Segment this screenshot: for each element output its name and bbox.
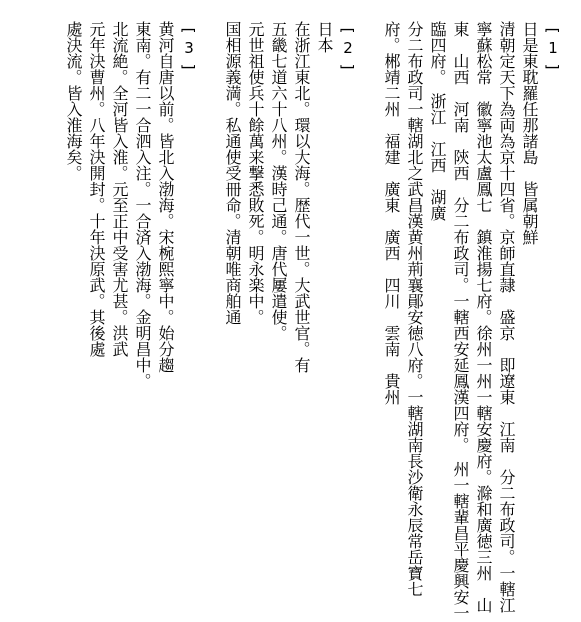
- section-3-number-heading: [3]: [177, 21, 201, 605]
- section-1-column-2: 清朝定天下為両為京十四省。京師直隷 盛京 即遼東 江南 分二布政司。一轄江: [495, 21, 518, 605]
- section-2-column-3: 五畿七道六十八州。漢時己通。唐代屢遣使。: [267, 21, 290, 605]
- section-2: [2]日本在浙江東北。環以大海。歴代一世。大武世官。有五畿七道六十八州。漢時己通…: [221, 21, 360, 605]
- section-3-column-1: 黄河自唐以前。皆北入渤海。宋椀熙寧中。始分趨: [154, 21, 177, 605]
- section-3-column-2: 東南。有二一合泗入注。一合済入渤海。金明昌中。: [131, 21, 154, 605]
- section-1-column-5: 臨四府。 浙江 江西 湖廣: [426, 21, 449, 605]
- section-2-column-2: 在浙江東北。環以大海。歴代一世。大武世官。有: [290, 21, 313, 605]
- section-3: [3]黄河自唐以前。皆北入渤海。宋椀熙寧中。始分趨東南。有二一合泗入注。一合済入…: [62, 21, 201, 605]
- bracket-open: [: [339, 19, 357, 42]
- bracket-close: ]: [544, 55, 562, 78]
- section-3-column-3: 北流絶。全河皆入淮。元至正中受害尤甚。洪武: [108, 21, 131, 605]
- bracket-open: [: [544, 19, 562, 42]
- section-2-column-4: 元世祖使兵十餘萬来撃悉敗死。明永楽中。: [244, 21, 267, 605]
- section-3-column-5: 處決流。皆入淮海矣。: [62, 21, 85, 605]
- section-1-column-1: 日是東耽羅任那諸島 皆属朝鮮: [518, 21, 541, 605]
- section-1-number-heading: [1]: [541, 21, 565, 605]
- bracket-open: [: [180, 19, 198, 42]
- section-1-column-3: 寧蘇松常 徽寧池太盧鳳七 鎮淮揚七府。徐州一州一轄安慶府。滁和廣徳三州 山: [472, 21, 495, 605]
- section-2-number-heading: [2]: [336, 21, 360, 605]
- bracket-close: ]: [180, 55, 198, 78]
- section-2-column-1: 日本: [313, 21, 336, 605]
- section-1-column-7: 府。郴靖二州 福建 廣東 廣西 四川 雲南 貴州: [380, 21, 403, 605]
- document-page: [1]日是東耽羅任那諸島 皆属朝鮮清朝定天下為両為京十四省。京師直隷 盛京 即遼…: [0, 0, 581, 622]
- section-1-column-6: 分二布政司一轄湖北之武昌漢黄州荊襄鄖安徳八府。一轄湖南長沙衛永辰常岳寶七: [403, 21, 426, 605]
- section-3-column-4: 元年決曹州。八年決開封。十年決原武。其後處: [85, 21, 108, 605]
- bracket-close: ]: [339, 55, 357, 78]
- section-2-column-5: 国相源義満。私通使受冊命。清朝唯商舶通: [221, 21, 244, 605]
- section-1-column-4: 東 山西 河南 陝西 分二布政司。一轄西安延鳳漢四府。 州一轄輩昌平慶興安一: [449, 21, 472, 605]
- section-1: [1]日是東耽羅任那諸島 皆属朝鮮清朝定天下為両為京十四省。京師直隷 盛京 即遼…: [380, 21, 565, 605]
